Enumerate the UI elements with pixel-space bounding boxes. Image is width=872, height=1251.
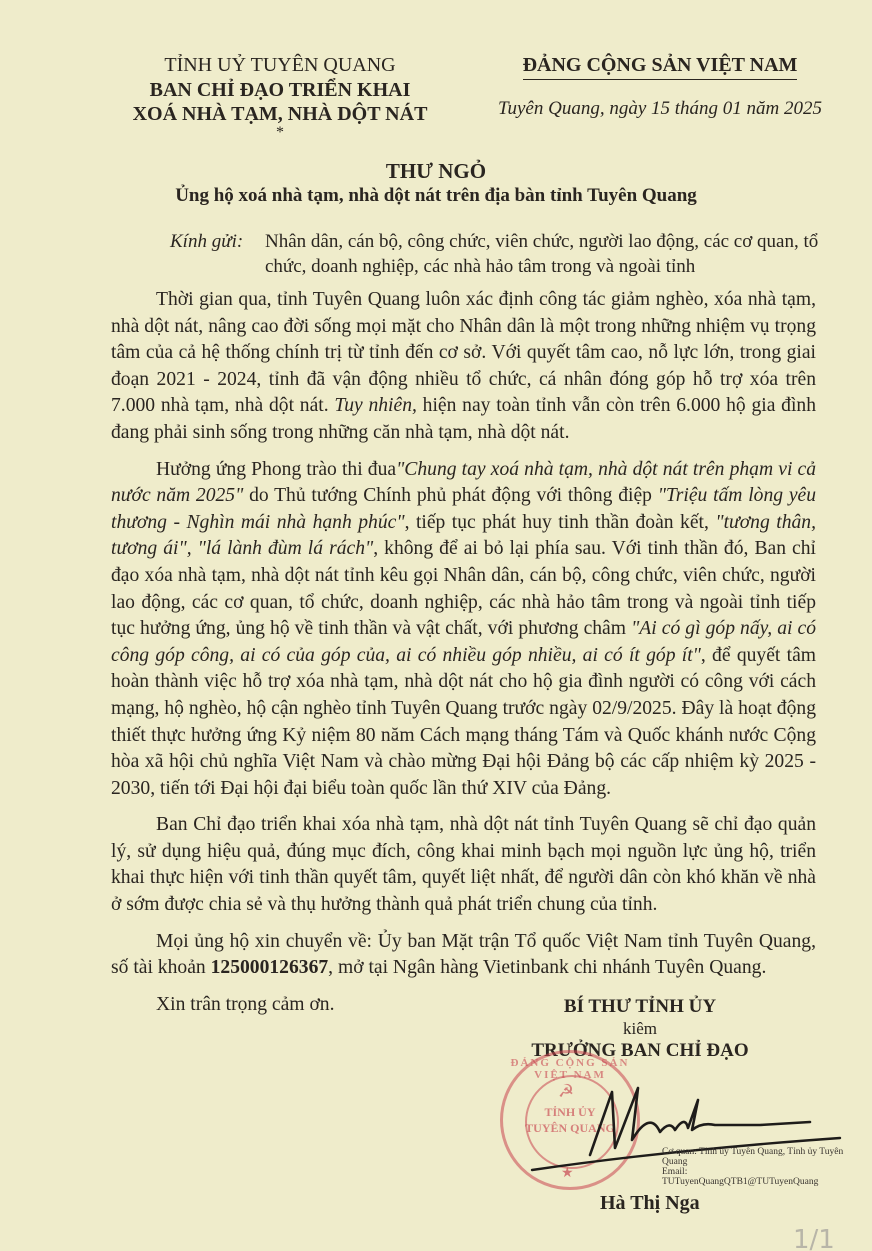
p1-emphasis: Tuy nhiên, <box>334 395 417 416</box>
national-header: ĐẢNG CỘNG SẢN VIỆT NAM Tuyên Quang, ngày… <box>490 52 830 120</box>
p2-text-a: Hưởng ứng Phong trào thi đua <box>156 459 396 480</box>
authority-line-3: XOÁ NHÀ TẠM, NHÀ DỘT NÁT <box>130 102 430 126</box>
star-separator: * <box>130 126 430 140</box>
p2-text-c: , tiếp tục phát huy tinh thần đoàn kết, <box>405 512 716 533</box>
document-title: THƯ NGỎ <box>0 158 872 184</box>
digital-email: TUTuyenQuangQTB1@TUTuyenQuang <box>662 1177 862 1187</box>
signer-role-2: kiêm <box>520 1019 760 1039</box>
authority-line-2: BAN CHỈ ĐẠO TRIỂN KHAI <box>130 78 430 102</box>
party-name: ĐẢNG CỘNG SẢN VIỆT NAM <box>523 52 798 80</box>
p2-text-e: , để quyết tâm hoàn thành việc hỗ trợ xó… <box>111 645 816 799</box>
digital-signature-info: Cơ quan: Tỉnh ủy Tuyên Quang, Tỉnh ủy Tu… <box>662 1147 862 1187</box>
paragraph-1: Thời gian qua, tỉnh Tuyên Quang luôn xác… <box>111 287 816 447</box>
digital-agency: Cơ quan: Tỉnh ủy Tuyên Quang, Tỉnh ủy Tu… <box>662 1147 862 1167</box>
digital-email-label: Email: <box>662 1167 862 1177</box>
paragraph-2: Hưởng ứng Phong trào thi đua"Chung tay x… <box>111 457 816 803</box>
recipient-label: Kính gửi: <box>170 229 265 279</box>
authority-line-1: TỈNH UỶ TUYÊN QUANG <box>130 52 430 78</box>
recipient-block: Kính gửi: Nhân dân, cán bộ, công chức, v… <box>170 229 830 279</box>
p2-text-b: do Thủ tướng Chính phủ phát động với thô… <box>243 485 657 506</box>
paragraph-4: Mọi ủng hộ xin chuyển về: Ủy ban Mặt trậ… <box>111 929 816 982</box>
page-indicator: 1/1 <box>793 1225 835 1251</box>
document-page: TỈNH UỶ TUYÊN QUANG BAN CHỈ ĐẠO TRIỂN KH… <box>0 0 872 1251</box>
p4-text-b: , mở tại Ngân hàng Vietinbank chi nhánh … <box>328 957 766 978</box>
document-subtitle: Ủng hộ xoá nhà tạm, nhà dột nát trên địa… <box>0 184 872 208</box>
signer-name: Hà Thị Nga <box>600 1192 700 1215</box>
signer-role-1: BÍ THƯ TỈNH ỦY <box>520 995 760 1019</box>
document-date: Tuyên Quang, ngày 15 tháng 01 năm 2025 <box>490 98 830 120</box>
recipient-value: Nhân dân, cán bộ, công chức, viên chức, … <box>265 229 830 279</box>
letter-body: Thời gian qua, tỉnh Tuyên Quang luôn xác… <box>111 287 816 1028</box>
paragraph-3: Ban Chỉ đạo triển khai xóa nhà tạm, nhà … <box>111 812 816 918</box>
bank-account-number: 125000126367 <box>211 957 329 978</box>
issuing-authority: TỈNH UỶ TUYÊN QUANG BAN CHỈ ĐẠO TRIỂN KH… <box>130 52 430 140</box>
